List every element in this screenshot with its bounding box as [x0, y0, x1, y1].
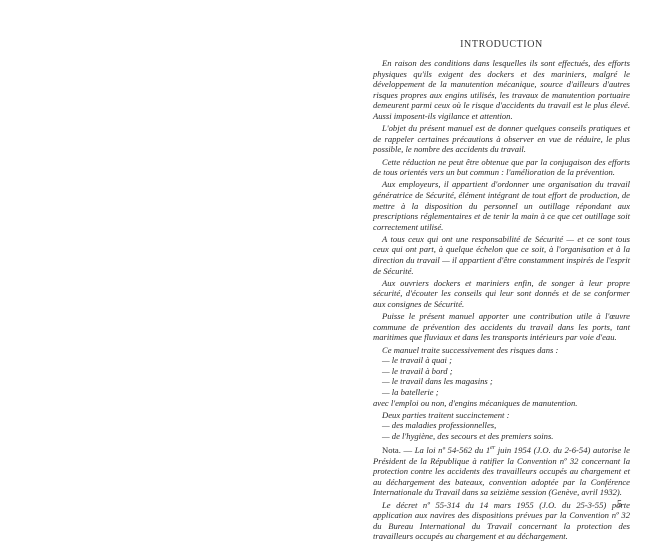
- page-number: 5: [617, 499, 622, 510]
- paragraph: Puisse le présent manuel apporter une co…: [373, 311, 630, 343]
- decree-paragraph: Le décret nº 55-314 du 14 mars 1955 (J.O…: [373, 500, 630, 542]
- nota-text-a: La loi nº 54-562 du 1: [415, 445, 490, 455]
- list-item: — le travail à quai ;: [373, 355, 630, 366]
- list-item: — des maladies professionnelles,: [373, 420, 630, 431]
- nota-sup: er: [490, 445, 495, 451]
- page-title: INTRODUCTION: [373, 39, 630, 50]
- list-item: — le travail à bord ;: [373, 366, 630, 377]
- nota-paragraph: Nota. — La loi nº 54-562 du 1er juin 195…: [373, 443, 630, 498]
- nota-label: Nota. —: [382, 445, 412, 455]
- risks-outro: avec l'emploi ou non, d'engins mécanique…: [373, 398, 630, 409]
- paragraph: Aux ouvriers dockers et mariniers enfin,…: [373, 278, 630, 310]
- list-item: — de l'hygiène, des secours et des premi…: [373, 431, 630, 442]
- paragraph: A tous ceux qui ont une responsabilité d…: [373, 234, 630, 276]
- list-item: — le travail dans les magasins ;: [373, 376, 630, 387]
- blank-left-page: [0, 0, 340, 550]
- page-body: En raison des conditions dans lesquelles…: [373, 58, 630, 544]
- parts-intro: Deux parties traitent succinctement :: [373, 410, 630, 421]
- parts-list: — des maladies professionnelles, — de l'…: [373, 420, 630, 441]
- paragraph: En raison des conditions dans lesquelles…: [373, 58, 630, 122]
- risks-list: — le travail à quai ; — le travail à bor…: [373, 355, 630, 397]
- paragraph: L'objet du présent manuel est de donner …: [373, 123, 630, 155]
- paragraph: Aux employeurs, il appartient d'ordonner…: [373, 179, 630, 232]
- nota-text-b: juin 1954 (J.O. du 2-6-54) autorise le P…: [373, 445, 630, 497]
- paragraph: Cette réduction ne peut être obtenue que…: [373, 157, 630, 178]
- list-item: — la batellerie ;: [373, 387, 630, 398]
- risks-intro: Ce manuel traite successivement des risq…: [373, 345, 630, 356]
